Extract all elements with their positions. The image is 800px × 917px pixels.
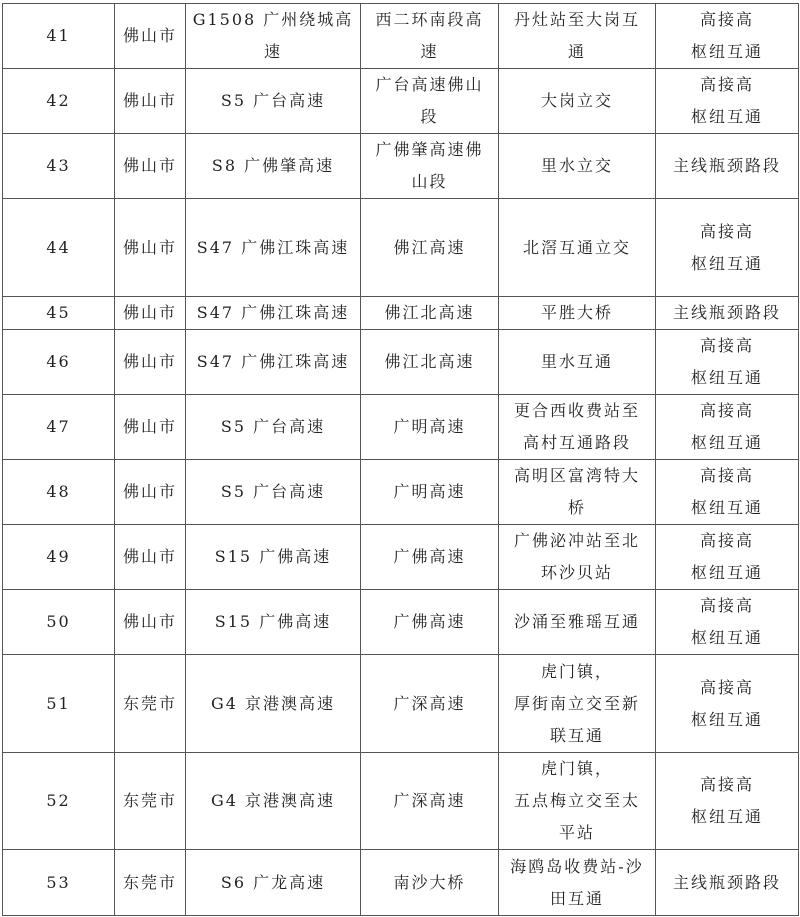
row-number-cell: 50	[3, 590, 115, 655]
section-cell: 广明高速	[361, 395, 499, 460]
location-cell-line: 联互通	[505, 720, 649, 752]
location-cell: 丹灶站至大岗互通	[499, 4, 656, 69]
location-cell-line: 通	[505, 36, 649, 68]
city-cell: 佛山市	[115, 525, 186, 590]
type-cell: 高接高枢纽互通	[656, 199, 799, 297]
city-cell: 佛山市	[115, 69, 186, 134]
location-cell: 虎门镇，厚街南立交至新联互通	[499, 655, 656, 753]
type-cell-line: 高接高	[662, 525, 792, 557]
row-number-cell: 49	[3, 525, 115, 590]
type-cell-line: 枢纽互通	[662, 801, 792, 833]
section-cell: 佛江高速	[361, 199, 499, 297]
section-cell: 广佛高速	[361, 590, 499, 655]
location-cell: 里水立交	[499, 134, 656, 199]
location-cell-line: 里水互通	[505, 346, 649, 378]
location-cell: 虎门镇，五点梅立交至太平站	[499, 753, 656, 850]
type-cell-line: 高接高	[662, 69, 792, 101]
table-row: 52东莞市G4 京港澳高速广深高速虎门镇，五点梅立交至太平站高接高枢纽互通	[3, 753, 799, 850]
location-cell-line: 环沙贝站	[505, 557, 649, 589]
row-number-cell: 45	[3, 297, 115, 330]
table-row: 43佛山市S8 广佛肇高速广佛肇高速佛山段里水立交主线瓶颈路段	[3, 134, 799, 199]
type-cell: 高接高枢纽互通	[656, 395, 799, 460]
section-cell: 广明高速	[361, 460, 499, 525]
section-cell-line: 佛江北高速	[367, 346, 492, 378]
route-cell: S8 广佛肇高速	[186, 134, 361, 199]
section-cell-line: 广佛高速	[367, 541, 492, 573]
type-cell-line: 枢纽互通	[662, 36, 792, 68]
location-cell-line: 桥	[505, 492, 649, 524]
table-row: 47佛山市S5 广台高速广明高速更合西收费站至高村互通路段高接高枢纽互通	[3, 395, 799, 460]
type-cell: 主线瓶颈路段	[656, 134, 799, 199]
route-cell: S6 广龙高速	[186, 850, 361, 916]
section-cell: 广台高速佛山段	[361, 69, 499, 134]
section-cell: 广深高速	[361, 753, 499, 850]
table-row: 50佛山市S15 广佛高速广佛高速沙涌至雅瑶互通高接高枢纽互通	[3, 590, 799, 655]
type-cell-line: 枢纽互通	[662, 492, 792, 524]
table-row: 41佛山市G1508 广州绕城高速西二环南段高速丹灶站至大岗互通高接高枢纽互通	[3, 4, 799, 69]
row-number-cell: 44	[3, 199, 115, 297]
type-cell-line: 主线瓶颈路段	[662, 867, 792, 899]
table-row: 48佛山市S5 广台高速广明高速高明区富湾特大桥高接高枢纽互通	[3, 460, 799, 525]
highway-congestion-table: 41佛山市G1508 广州绕城高速西二环南段高速丹灶站至大岗互通高接高枢纽互通4…	[2, 3, 799, 916]
type-cell: 主线瓶颈路段	[656, 297, 799, 330]
type-cell: 高接高枢纽互通	[656, 4, 799, 69]
section-cell: 广佛高速	[361, 525, 499, 590]
location-cell: 里水互通	[499, 330, 656, 395]
section-cell-line: 广明高速	[367, 476, 492, 508]
location-cell: 广佛泌冲站至北环沙贝站	[499, 525, 656, 590]
location-cell-line: 田互通	[505, 883, 649, 915]
section-cell-line: 广台高速佛山	[367, 69, 492, 101]
route-cell: S47 广佛江珠高速	[186, 297, 361, 330]
location-cell-line: 沙涌至雅瑶互通	[505, 606, 649, 638]
type-cell-line: 主线瓶颈路段	[662, 297, 792, 329]
location-cell-line: 高明区富湾特大	[505, 460, 649, 492]
table-row: 49佛山市S15 广佛高速广佛高速广佛泌冲站至北环沙贝站高接高枢纽互通	[3, 525, 799, 590]
city-cell: 佛山市	[115, 134, 186, 199]
route-cell: S47 广佛江珠高速	[186, 199, 361, 297]
route-cell: S5 广台高速	[186, 460, 361, 525]
location-cell-line: 广佛泌冲站至北	[505, 525, 649, 557]
city-cell: 佛山市	[115, 297, 186, 330]
location-cell-line: 虎门镇，	[505, 753, 649, 785]
section-cell: 佛江北高速	[361, 297, 499, 330]
location-cell-line: 更合西收费站至	[505, 395, 649, 427]
type-cell-line: 主线瓶颈路段	[662, 150, 792, 182]
location-cell-line: 丹灶站至大岗互	[505, 4, 649, 36]
row-number-cell: 53	[3, 850, 115, 916]
type-cell-line: 高接高	[662, 769, 792, 801]
type-cell-line: 高接高	[662, 672, 792, 704]
row-number-cell: 51	[3, 655, 115, 753]
location-cell: 平胜大桥	[499, 297, 656, 330]
city-cell: 佛山市	[115, 460, 186, 525]
route-cell: S15 广佛高速	[186, 525, 361, 590]
type-cell-line: 高接高	[662, 216, 792, 248]
row-number-cell: 46	[3, 330, 115, 395]
route-cell: G4 京港澳高速	[186, 655, 361, 753]
row-number-cell: 43	[3, 134, 115, 199]
section-cell-line: 速	[367, 36, 492, 68]
type-cell: 高接高枢纽互通	[656, 525, 799, 590]
type-cell-line: 枢纽互通	[662, 622, 792, 654]
location-cell: 海鸥岛收费站-沙田互通	[499, 850, 656, 916]
route-cell: S5 广台高速	[186, 395, 361, 460]
location-cell-line: 高村互通路段	[505, 427, 649, 459]
location-cell-line: 五点梅立交至太	[505, 785, 649, 817]
city-cell: 东莞市	[115, 850, 186, 916]
table-row: 45佛山市S47 广佛江珠高速佛江北高速平胜大桥主线瓶颈路段	[3, 297, 799, 330]
section-cell: 广深高速	[361, 655, 499, 753]
section-cell-line: 广明高速	[367, 411, 492, 443]
location-cell-line: 厚街南立交至新	[505, 688, 649, 720]
location-cell: 大岗立交	[499, 69, 656, 134]
section-cell-line: 山段	[367, 166, 492, 198]
type-cell-line: 枢纽互通	[662, 362, 792, 394]
row-number-cell: 41	[3, 4, 115, 69]
location-cell-line: 大岗立交	[505, 85, 649, 117]
section-cell-line: 广佛肇高速佛	[367, 134, 492, 166]
location-cell-line: 北滘互通立交	[505, 232, 649, 264]
city-cell: 东莞市	[115, 655, 186, 753]
section-cell: 广佛肇高速佛山段	[361, 134, 499, 199]
section-cell-line: 西二环南段高	[367, 4, 492, 36]
row-number-cell: 47	[3, 395, 115, 460]
type-cell: 高接高枢纽互通	[656, 460, 799, 525]
location-cell-line: 平站	[505, 817, 649, 849]
location-cell: 更合西收费站至高村互通路段	[499, 395, 656, 460]
location-cell: 北滘互通立交	[499, 199, 656, 297]
location-cell-line: 虎门镇，	[505, 656, 649, 688]
type-cell: 高接高枢纽互通	[656, 590, 799, 655]
type-cell-line: 枢纽互通	[662, 704, 792, 736]
location-cell: 沙涌至雅瑶互通	[499, 590, 656, 655]
section-cell-line: 佛江北高速	[367, 297, 492, 329]
row-number-cell: 48	[3, 460, 115, 525]
type-cell: 高接高枢纽互通	[656, 655, 799, 753]
table-row: 42佛山市S5 广台高速广台高速佛山段大岗立交高接高枢纽互通	[3, 69, 799, 134]
type-cell: 高接高枢纽互通	[656, 330, 799, 395]
type-cell-line: 枢纽互通	[662, 427, 792, 459]
location-cell: 高明区富湾特大桥	[499, 460, 656, 525]
city-cell: 佛山市	[115, 395, 186, 460]
route-cell: S5 广台高速	[186, 69, 361, 134]
table-row: 51东莞市G4 京港澳高速广深高速虎门镇，厚街南立交至新联互通高接高枢纽互通	[3, 655, 799, 753]
section-cell: 西二环南段高速	[361, 4, 499, 69]
route-cell: S15 广佛高速	[186, 590, 361, 655]
location-cell-line: 平胜大桥	[505, 297, 649, 329]
section-cell-line: 南沙大桥	[367, 867, 492, 899]
row-number-cell: 42	[3, 69, 115, 134]
type-cell-line: 枢纽互通	[662, 248, 792, 280]
city-cell: 佛山市	[115, 330, 186, 395]
type-cell-line: 高接高	[662, 4, 792, 36]
type-cell-line: 高接高	[662, 460, 792, 492]
section-cell-line: 段	[367, 101, 492, 133]
route-cell: G4 京港澳高速	[186, 753, 361, 850]
section-cell-line: 佛江高速	[367, 232, 492, 264]
section-cell-line: 广深高速	[367, 688, 492, 720]
city-cell: 佛山市	[115, 4, 186, 69]
city-cell: 东莞市	[115, 753, 186, 850]
section-cell: 南沙大桥	[361, 850, 499, 916]
section-cell-line: 广深高速	[367, 785, 492, 817]
type-cell: 主线瓶颈路段	[656, 850, 799, 916]
type-cell-line: 高接高	[662, 395, 792, 427]
row-number-cell: 52	[3, 753, 115, 850]
route-cell: S47 广佛江珠高速	[186, 330, 361, 395]
type-cell-line: 枢纽互通	[662, 557, 792, 589]
city-cell: 佛山市	[115, 199, 186, 297]
city-cell: 佛山市	[115, 590, 186, 655]
location-cell-line: 里水立交	[505, 150, 649, 182]
type-cell-line: 高接高	[662, 590, 792, 622]
table-body: 41佛山市G1508 广州绕城高速西二环南段高速丹灶站至大岗互通高接高枢纽互通4…	[3, 4, 799, 916]
type-cell: 高接高枢纽互通	[656, 753, 799, 850]
location-cell-line: 海鸥岛收费站-沙	[505, 851, 649, 883]
table-row: 44佛山市S47 广佛江珠高速佛江高速北滘互通立交高接高枢纽互通	[3, 199, 799, 297]
route-cell: G1508 广州绕城高速	[186, 4, 361, 69]
type-cell: 高接高枢纽互通	[656, 69, 799, 134]
table-row: 53东莞市S6 广龙高速南沙大桥海鸥岛收费站-沙田互通主线瓶颈路段	[3, 850, 799, 916]
type-cell-line: 高接高	[662, 330, 792, 362]
type-cell-line: 枢纽互通	[662, 101, 792, 133]
section-cell: 佛江北高速	[361, 330, 499, 395]
section-cell-line: 广佛高速	[367, 606, 492, 638]
table-row: 46佛山市S47 广佛江珠高速佛江北高速里水互通高接高枢纽互通	[3, 330, 799, 395]
